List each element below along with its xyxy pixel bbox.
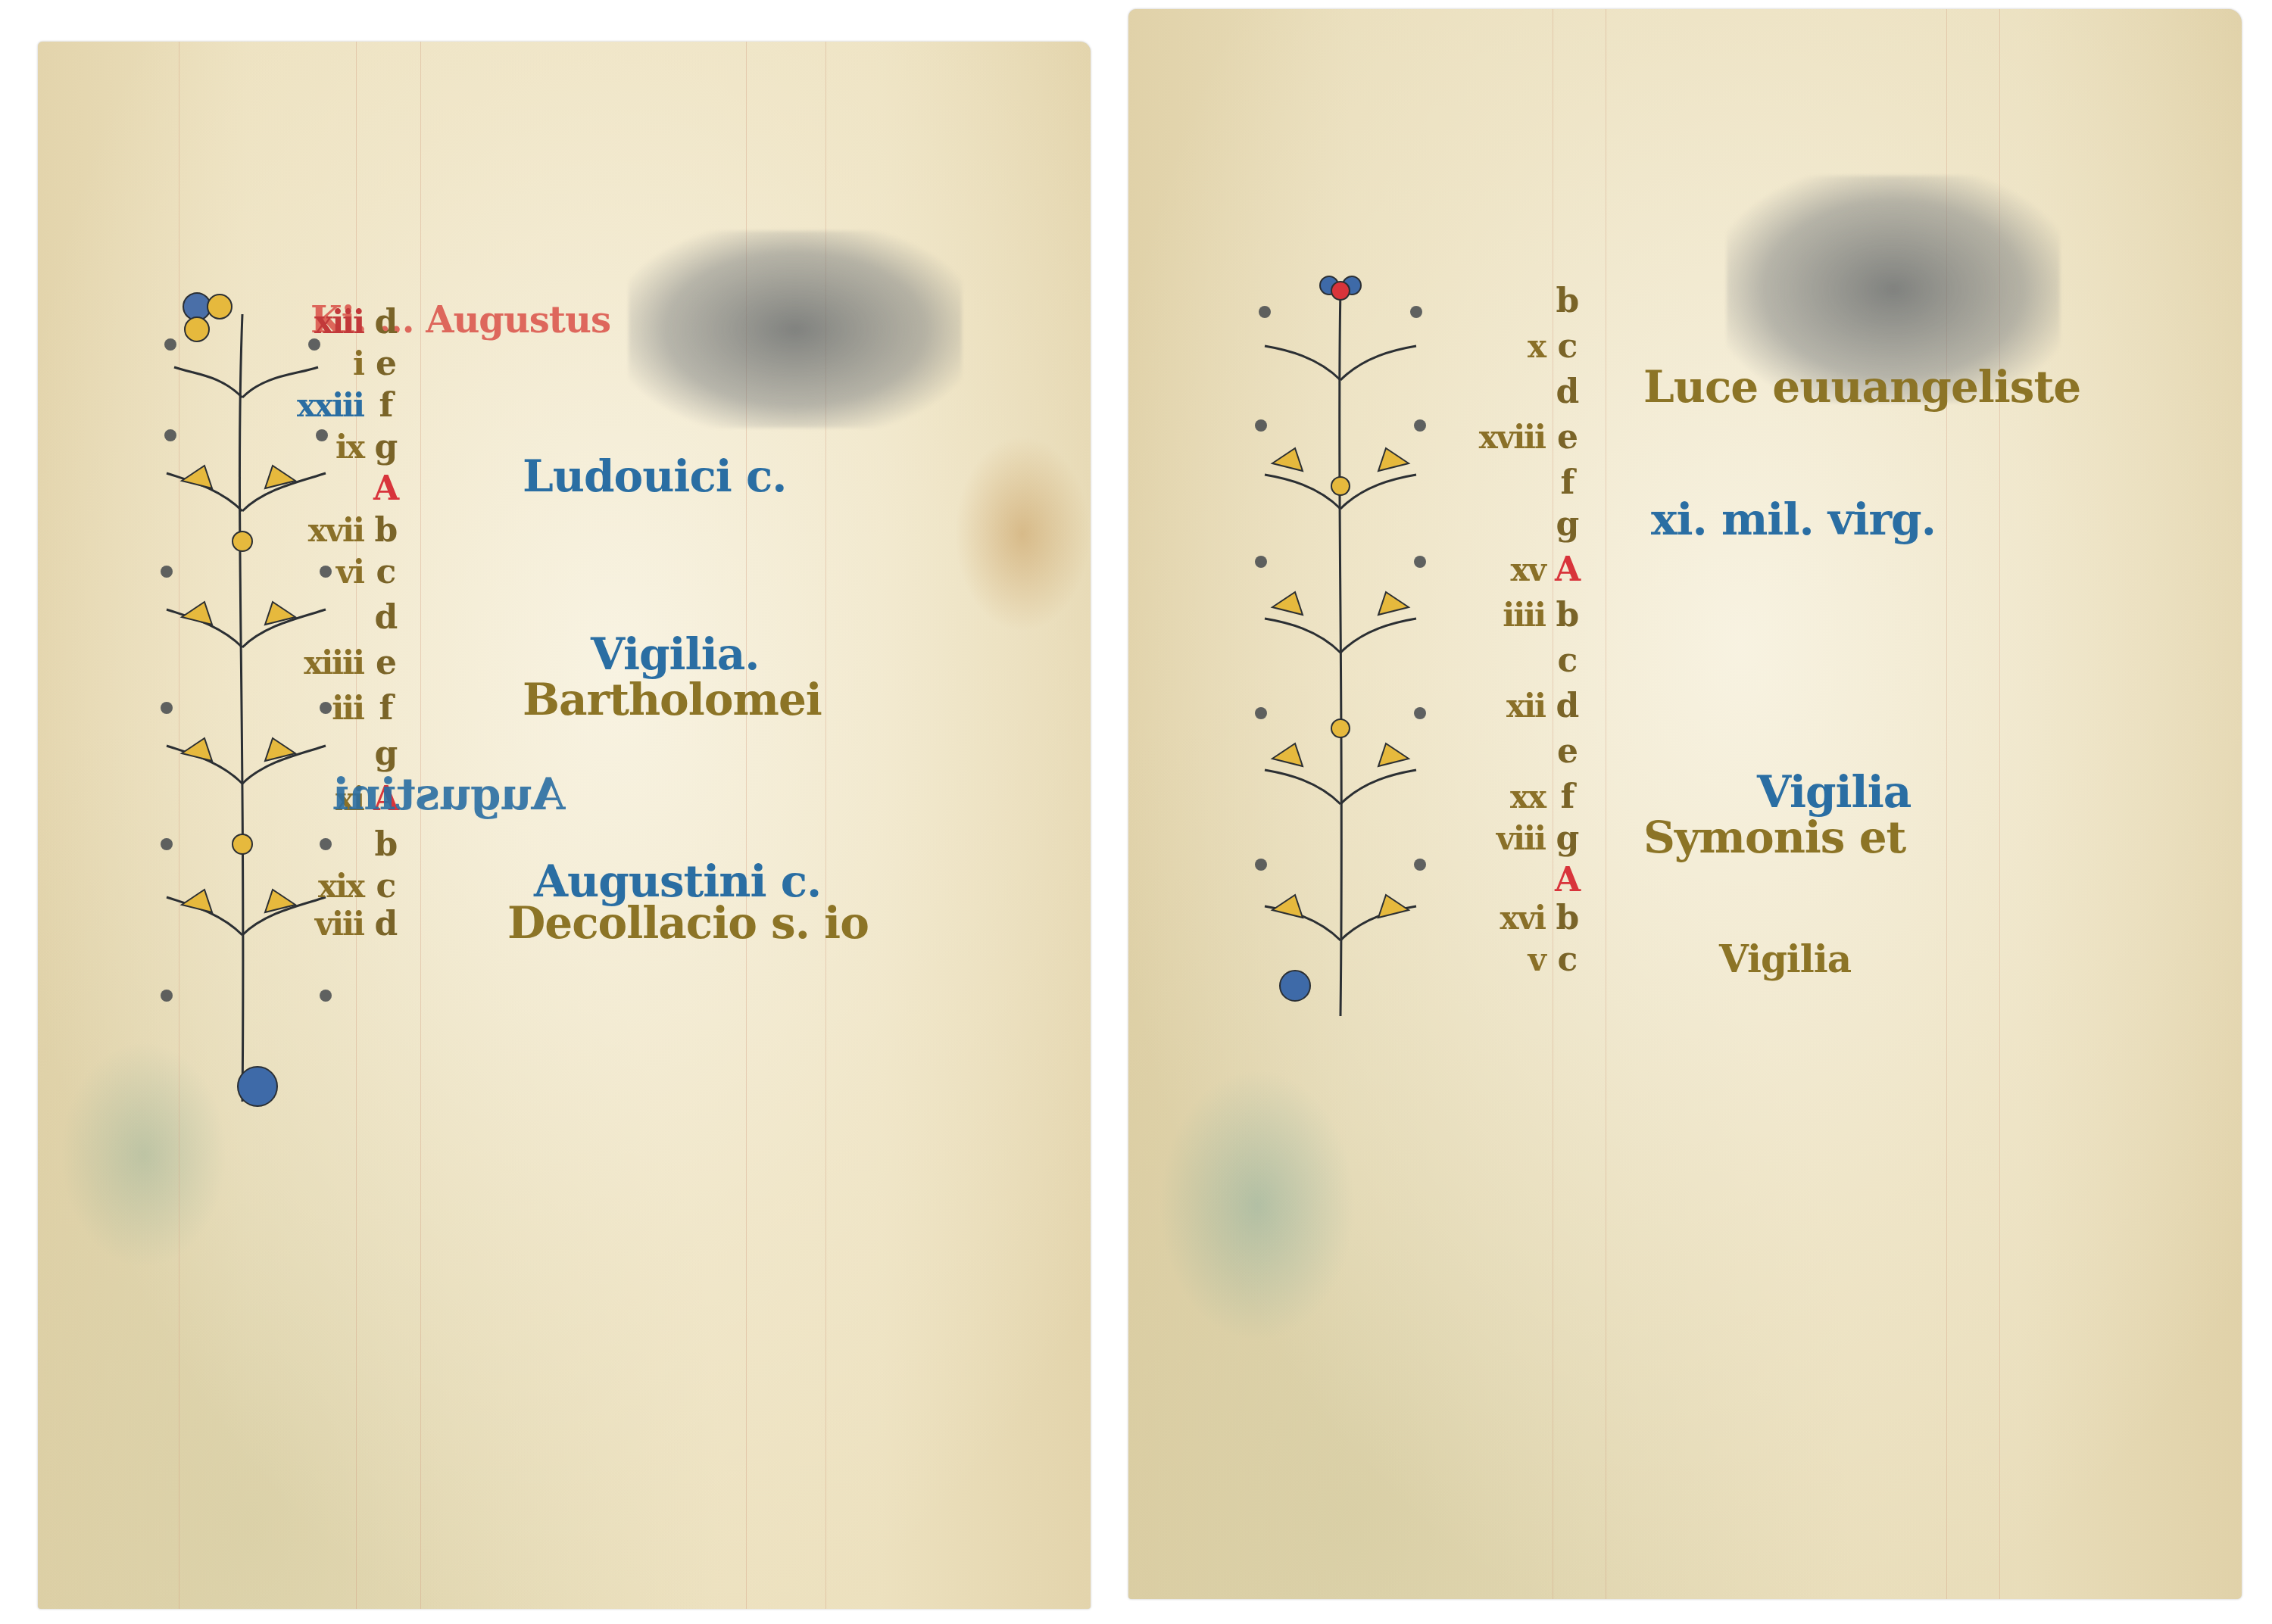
calendar-row: xc: [1447, 327, 1590, 366]
feast-entry: Decollacio s. io: [507, 897, 869, 949]
calendar-row: vic: [265, 553, 409, 592]
feast-entry: Vigilia: [1719, 937, 1851, 981]
right-manuscript-leaf: b xc d xviiie f g xvA iiiib c xiid e xxf…: [1128, 9, 2242, 1599]
floral-border-vine: [1242, 259, 1439, 1046]
calendar-row: g: [1447, 505, 1590, 544]
calendar-row: ixg: [265, 428, 409, 467]
calendar-row: c: [1447, 641, 1590, 681]
calendar-row: xviib: [265, 511, 409, 550]
feast-entry: Ludouici c.: [523, 450, 786, 502]
feast-entry: Vigilia.: [591, 628, 759, 680]
feast-entry-mirrored: Augustini: [333, 768, 566, 820]
calendar-row: A: [1447, 861, 1590, 900]
calendar-row: d: [1447, 372, 1590, 412]
feast-entry: Luce euuangeliste: [1643, 361, 2080, 413]
calendar-row: ie: [265, 344, 409, 384]
bleed-through-miniature: [629, 231, 962, 428]
calendar-row: f: [1447, 463, 1590, 503]
calendar-row: viiid: [265, 905, 409, 944]
left-manuscript-leaf: Ki. ... Augustus xiiid ie xxiiif ixg A x…: [38, 42, 1091, 1609]
feast-entry: xi. mil. virg.: [1651, 494, 1936, 545]
calendar-row: xixc: [265, 867, 409, 906]
feast-entry: Bartholomei: [523, 674, 822, 725]
calendar-row: iiif: [265, 689, 409, 728]
calendar-row: xvib: [1447, 899, 1590, 938]
calendar-row: xiid: [1447, 687, 1590, 726]
calendar-row: vc: [1447, 940, 1590, 980]
calendar-row: e: [1447, 732, 1590, 771]
calendar-row: xiiiie: [265, 644, 409, 683]
calendar-row: viiig: [1447, 819, 1590, 859]
calendar-row: d: [265, 598, 409, 637]
calendar-row: xiiid: [265, 303, 409, 342]
calendar-row: xvA: [1447, 550, 1590, 590]
calendar-row: A: [265, 469, 409, 509]
feast-entry: Vigilia: [1757, 766, 1911, 818]
calendar-row: xviiie: [1447, 418, 1590, 457]
calendar-row: xxiiif: [265, 386, 409, 425]
feast-entry: Symonis et: [1643, 812, 1905, 863]
green-stain: [1159, 1069, 1356, 1342]
calendar-row: b: [1447, 282, 1590, 321]
calendar-row: xxf: [1447, 778, 1590, 817]
calendar-row: iiiib: [1447, 596, 1590, 635]
calendar-row: b: [265, 825, 409, 865]
water-stain: [954, 435, 1091, 632]
